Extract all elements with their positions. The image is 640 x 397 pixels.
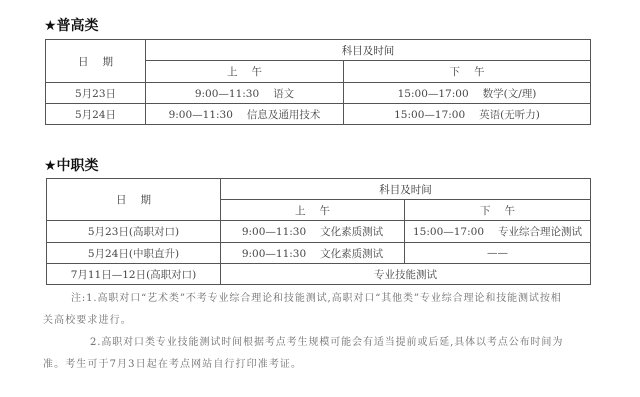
table-row: 5月23日 9:00—11:30语文 15:00—17:00数学(文/理) xyxy=(46,83,591,104)
table-row: 5月24日 9:00—11:30信息及通用技术 15:00—17:00英语(无听… xyxy=(46,104,591,125)
date-header: 日期 xyxy=(46,40,146,83)
merged-cell: 专业技能测试 xyxy=(221,264,591,285)
am-header: 上午 xyxy=(221,200,405,221)
subject-time-header: 科目及时间 xyxy=(146,40,591,61)
schedule-table-vocational: 日期 科目及时间 上午 下午 5月23日(高职对口) 9:00—11:30文化素… xyxy=(46,178,591,285)
section-title-vocational: ★中职类 xyxy=(44,155,99,175)
date-cell: 5月24日 xyxy=(46,104,146,125)
pm-cell-empty: —— xyxy=(405,243,591,264)
pm-cell: 15:00—17:00数学(文/理) xyxy=(344,83,591,104)
pm-header: 下午 xyxy=(405,200,591,221)
notes: 注:1.高职对口“艺术类”不考专业综合理论和技能测试,高职对口“其他类”专业综合… xyxy=(43,288,596,376)
am-cell: 9:00—11:30文化素质测试 xyxy=(221,221,405,243)
pm-header: 下午 xyxy=(344,61,591,83)
am-cell: 9:00—11:30文化素质测试 xyxy=(221,243,405,264)
date-header: 日期 xyxy=(47,179,221,221)
pm-cell: 15:00—17:00英语(无听力) xyxy=(344,104,591,125)
date-cell: 5月24日(中职直升) xyxy=(47,243,221,264)
date-cell: 5月23日(高职对口) xyxy=(47,221,221,243)
am-header: 上午 xyxy=(146,61,344,83)
am-cell: 9:00—11:30语文 xyxy=(146,83,344,104)
table-row: 5月24日(中职直升) 9:00—11:30文化素质测试 —— xyxy=(47,243,591,264)
note-2-line-1: 2.高职对口类专业技能测试时间根据考点考生规模可能会有适当提前或后延,具体以考点… xyxy=(43,332,596,354)
schedule-table-general-high-school: 日期 科目及时间 上午 下午 5月23日 9:00—11:30语文 15:00—… xyxy=(45,39,591,125)
note-2-line-2: 准。考生可于7月3日起在考点网站自行打印准考证。 xyxy=(43,354,596,376)
date-cell: 5月23日 xyxy=(46,83,146,104)
am-cell: 9:00—11:30信息及通用技术 xyxy=(146,104,344,125)
table-row: 5月23日(高职对口) 9:00—11:30文化素质测试 15:00—17:00… xyxy=(47,221,591,243)
date-cell: 7月11日—12日(高职对口) xyxy=(47,264,221,285)
pm-cell: 15:00—17:00专业综合理论测试 xyxy=(405,221,591,243)
section-title-general-high-school: ★普高类 xyxy=(44,15,99,35)
table-row: 7月11日—12日(高职对口) 专业技能测试 xyxy=(47,264,591,285)
subject-time-header: 科目及时间 xyxy=(221,179,591,200)
note-1-line-2: 关高校要求进行。 xyxy=(43,310,596,332)
note-1-line-1: 注:1.高职对口“艺术类”不考专业综合理论和技能测试,高职对口“其他类”专业综合… xyxy=(43,288,596,310)
